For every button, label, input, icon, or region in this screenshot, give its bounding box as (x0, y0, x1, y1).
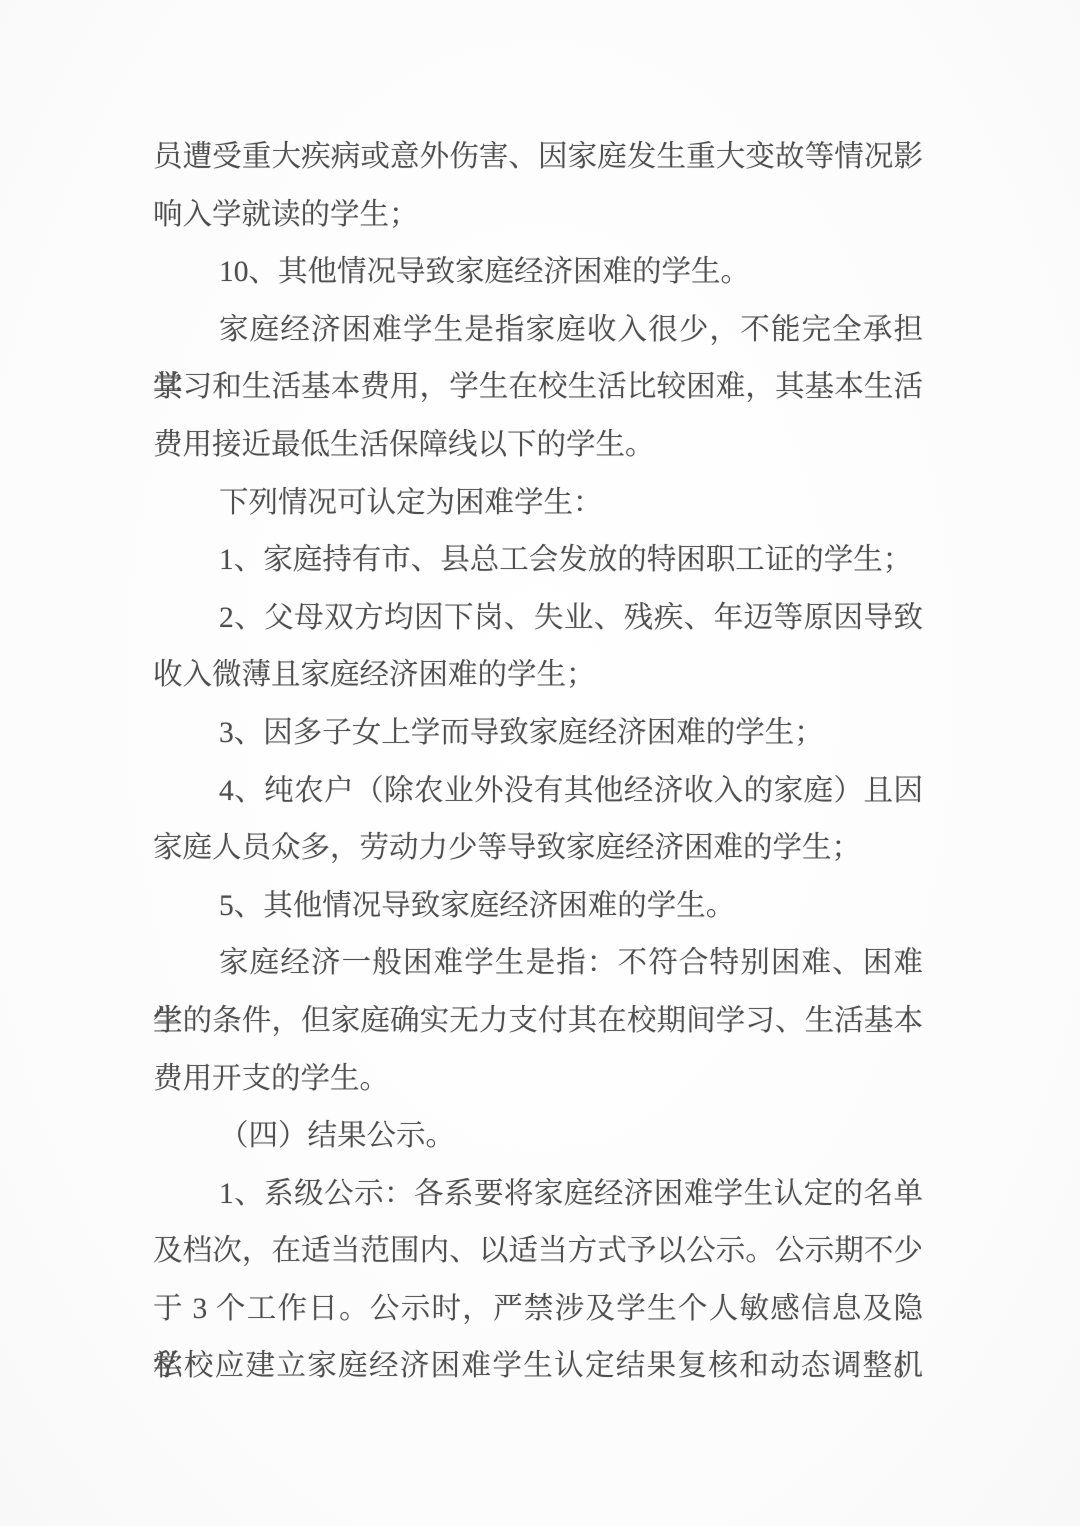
text-line: 响入学就读的学生； (153, 187, 923, 245)
text-line: 家庭经济困难学生是指家庭收入很少，不能完全承担其 (153, 302, 923, 360)
text-line: 学校应建立家庭经济困难学生认定结果复核和动态调整机 (153, 1338, 923, 1396)
text-line: 1、家庭持有市、县总工会发放的特困职工证的学生； (153, 532, 923, 590)
text-line: 家庭经济一般困难学生是指：不符合特别困难、困难学 (153, 935, 923, 993)
text-line: 10、其他情况导致家庭经济困难的学生。 (153, 244, 923, 302)
text-line: 生的条件，但家庭确实无力支付其在校期间学习、生活基本 (153, 993, 923, 1051)
text-line: （四）结果公示。 (153, 1108, 923, 1166)
text-line: 1、系级公示：各系要将家庭经济困难学生认定的名单 (153, 1166, 923, 1224)
text-line: 于 3 个工作日。公示时，严禁涉及学生个人敏感信息及隐私。 (153, 1281, 923, 1339)
document-body: 员遭受重大疾病或意外伤害、因家庭发生重大变故等情况影 响入学就读的学生； 10、… (153, 129, 923, 1396)
text-line: 学习和生活基本费用，学生在校生活比较困难，其基本生活 (153, 359, 923, 417)
text-line: 费用开支的学生。 (153, 1051, 923, 1109)
document-page: 员遭受重大疾病或意外伤害、因家庭发生重大变故等情况影 响入学就读的学生； 10、… (0, 0, 1080, 1526)
text-line: 员遭受重大疾病或意外伤害、因家庭发生重大变故等情况影 (153, 129, 923, 187)
text-line: 收入微薄且家庭经济困难的学生； (153, 647, 923, 705)
text-line: 家庭人员众多，劳动力少等导致家庭经济困难的学生； (153, 820, 923, 878)
text-line: 下列情况可认定为困难学生： (153, 475, 923, 533)
text-line: 及档次，在适当范围内、以适当方式予以公示。公示期不少 (153, 1223, 923, 1281)
text-line: 3、因多子女上学而导致家庭经济困难的学生； (153, 705, 923, 763)
text-line: 4、纯农户（除农业外没有其他经济收入的家庭）且因 (153, 763, 923, 821)
text-line: 费用接近最低生活保障线以下的学生。 (153, 417, 923, 475)
text-line: 2、父母双方均因下岗、失业、残疾、年迈等原因导致 (153, 590, 923, 648)
text-line: 5、其他情况导致家庭经济困难的学生。 (153, 878, 923, 936)
